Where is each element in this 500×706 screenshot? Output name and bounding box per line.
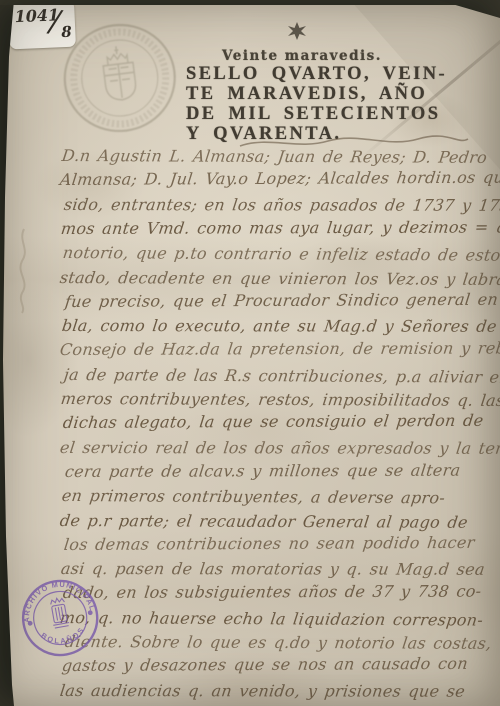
manuscript-page: 1041 / 8 Veinte maravedis. SELLO QVARTO,…	[0, 0, 500, 706]
handwriting-line: D.n Agustin L. Almansa; Juan de Reyes; D…	[61, 146, 489, 167]
handwriting-line: los demas contribuciones no sean podido …	[63, 533, 476, 554]
handwriting-line: fue preciso, que el Procurador Sindico g…	[64, 289, 500, 310]
handwriting-line: gastos y desazones que se nos an causado…	[61, 654, 469, 675]
handwriting-line: meros contribuyentes, restos, imposibili…	[60, 389, 500, 410]
handwriting-line: ja de parte de las R.s contribuciones, p…	[63, 365, 500, 387]
handwriting-line: mos ante Vmd. como mas aya lugar, y dezi…	[60, 217, 500, 238]
handwriting-line: el servicio real de los dos años expresa…	[59, 438, 500, 458]
handwriting-line: sido, entrantes; en los años pasados de …	[63, 195, 500, 215]
handwriting-line: de p.r parte; el recaudador General al p…	[59, 511, 469, 532]
handwriting-line: dichas alegato, la que se consiguio el p…	[62, 411, 485, 432]
stamp-emblem	[49, 597, 70, 628]
sello-line-3: DE MIL SETECIENTOS	[186, 104, 496, 124]
handwriting-block: D.n Agustin L. Almansa; Juan de Reyes; D…	[60, 146, 500, 706]
handwriting-line: en primeros contribuyentes, a deverse ap…	[61, 486, 447, 507]
sello-line-2: TE MARAVEDIS, AÑO	[186, 84, 496, 104]
archive-stamp-bottom-text: BOLAÑOS	[38, 624, 88, 650]
seal-coat-of-arms	[101, 44, 137, 101]
handwriting-line: bla, como lo executo, ante su Mag.d y Se…	[61, 316, 500, 336]
archive-label-slash: /	[48, 4, 61, 40]
margin-note-smudge	[10, 225, 40, 315]
handwriting-line: Almansa; D. Jul. Vay.o Lopez; Alcaldes h…	[59, 168, 500, 190]
handwriting-line: Consejo de Haz.da la pretension, de remi…	[59, 339, 500, 360]
svg-text:BOLAÑOS: BOLAÑOS	[38, 624, 88, 650]
tax-value-line: Veinte maravedis.	[222, 48, 496, 64]
archive-label-sticker: 1041 / 8	[8, 1, 76, 50]
sello-line-1: SELLO QVARTO, VEIN-	[186, 64, 496, 84]
scan-edge-top	[0, 0, 500, 5]
handwriting-line: stado, decadente en que vinieron los Vez…	[59, 268, 500, 289]
archive-municipal-stamp: ARCHIVO MUNICIPAL BOLAÑOS	[11, 567, 109, 666]
handwriting-line: las audiencias q. an venido, y prisiones…	[59, 681, 466, 701]
handwriting-line: asi q. pasen de las moratorias y q. su M…	[60, 559, 486, 579]
archive-label-sub: 8	[61, 23, 72, 41]
handwriting-line: diente. Sobre lo que es q.do y notorio l…	[64, 632, 493, 653]
maltese-cross-icon	[288, 22, 306, 40]
handwriting-line: mo, q. no hauerse echo la liquidazion co…	[59, 608, 485, 630]
handwriting-line: dado, en los subsiguientes años de 37 y …	[62, 582, 483, 602]
handwriting-line: cera parte de alcav.s y millones que se …	[64, 461, 462, 481]
handwriting-line: notorio, que p.to contrario e infeliz es…	[62, 243, 500, 265]
